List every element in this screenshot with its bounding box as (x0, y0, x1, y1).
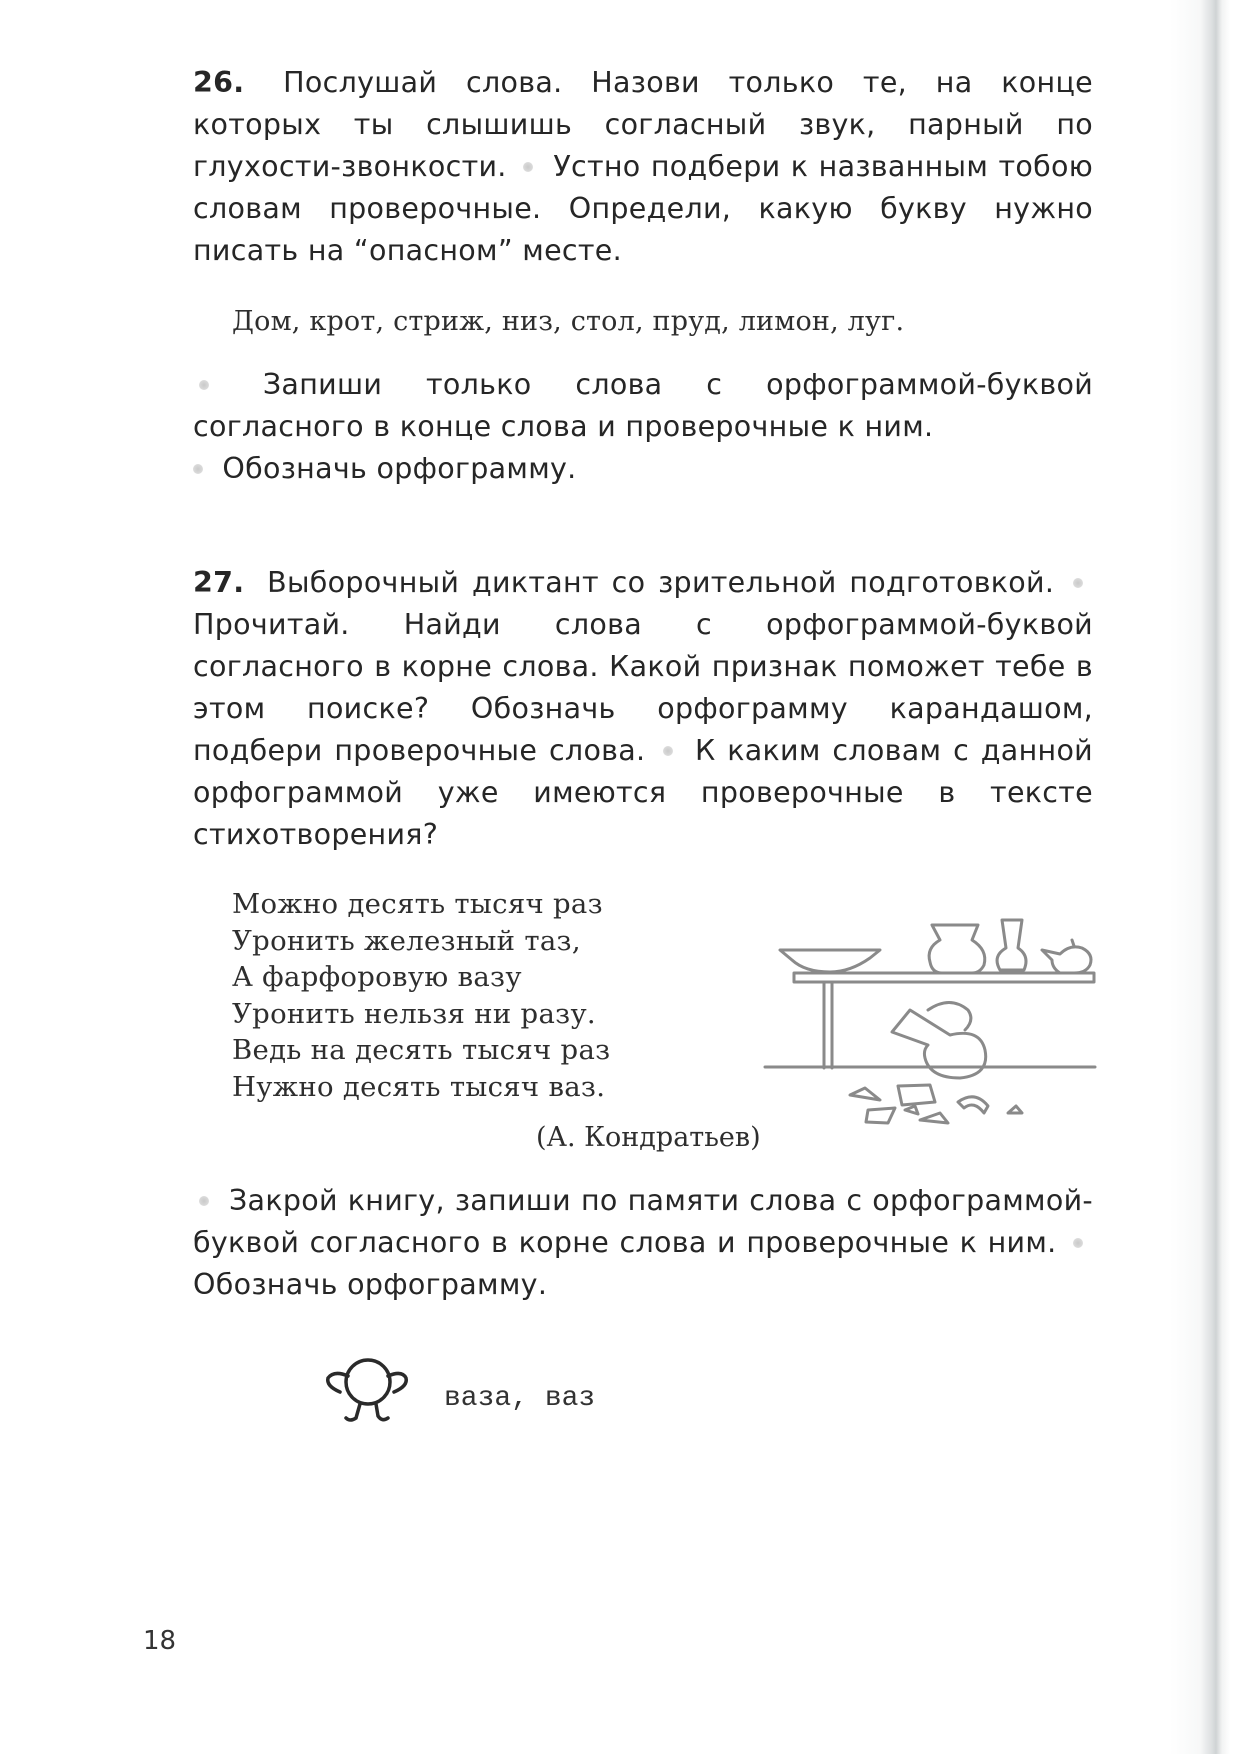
step-marker-icon (523, 162, 533, 172)
step-marker-icon (1073, 1238, 1083, 1248)
task-text: Обозначь орфограмму. (193, 1268, 547, 1301)
poem-line: Уронить нельзя ни разу. (232, 996, 610, 1033)
exercise-number: 27. (193, 566, 244, 599)
poem-line: Нужно десять тысяч ваз. (232, 1069, 610, 1106)
task-text: Обозначь орфограмму. (222, 452, 576, 485)
exercise-number: 26. (193, 66, 244, 99)
orthogram-mascot-icon (318, 1348, 418, 1428)
step-marker-icon (199, 380, 209, 390)
poem-author: (А. Кондратьев) (536, 1120, 761, 1156)
poem-line: Уронить железный таз, (232, 923, 610, 960)
step-marker-icon (199, 1196, 209, 1206)
step-marker-icon (663, 746, 673, 756)
instruction-text: Выборочный диктант со зрительной подгото… (267, 566, 1054, 599)
poem: Можно десять тысяч раз Уронить железный … (232, 886, 610, 1105)
task-text: Закрой книгу, запиши по памяти слова с о… (193, 1184, 1093, 1259)
task-text: Запиши только слова с орфограммой-буквой… (193, 368, 1093, 443)
word-list: Дом, крот, стриж, низ, стол, пруд, лимон… (232, 302, 1092, 342)
step-marker-icon (1073, 578, 1083, 588)
poem-line: Можно десять тысяч раз (232, 886, 610, 923)
page-number: 18 (143, 1626, 176, 1656)
exercise-27-instructions: 27. Выборочный диктант со зрительной под… (193, 562, 1093, 856)
poem-line: Ведь на десять тысяч раз (232, 1032, 610, 1069)
step-marker-icon (193, 464, 203, 474)
exercise-26-instructions: 26. Послушай слова. Назови только те, на… (193, 62, 1093, 272)
poem-line: А фарфоровую вазу (232, 959, 610, 996)
shelf-with-dishes-illustration-icon (760, 910, 1100, 1140)
exercise-27-task: Закрой книгу, запиши по памяти слова с о… (193, 1180, 1093, 1306)
page-binding-edge (1170, 0, 1240, 1754)
exercise-26-task: Запиши только слова с орфограммой-буквой… (193, 364, 1093, 490)
example-words: ваза, ваз (444, 1383, 595, 1414)
